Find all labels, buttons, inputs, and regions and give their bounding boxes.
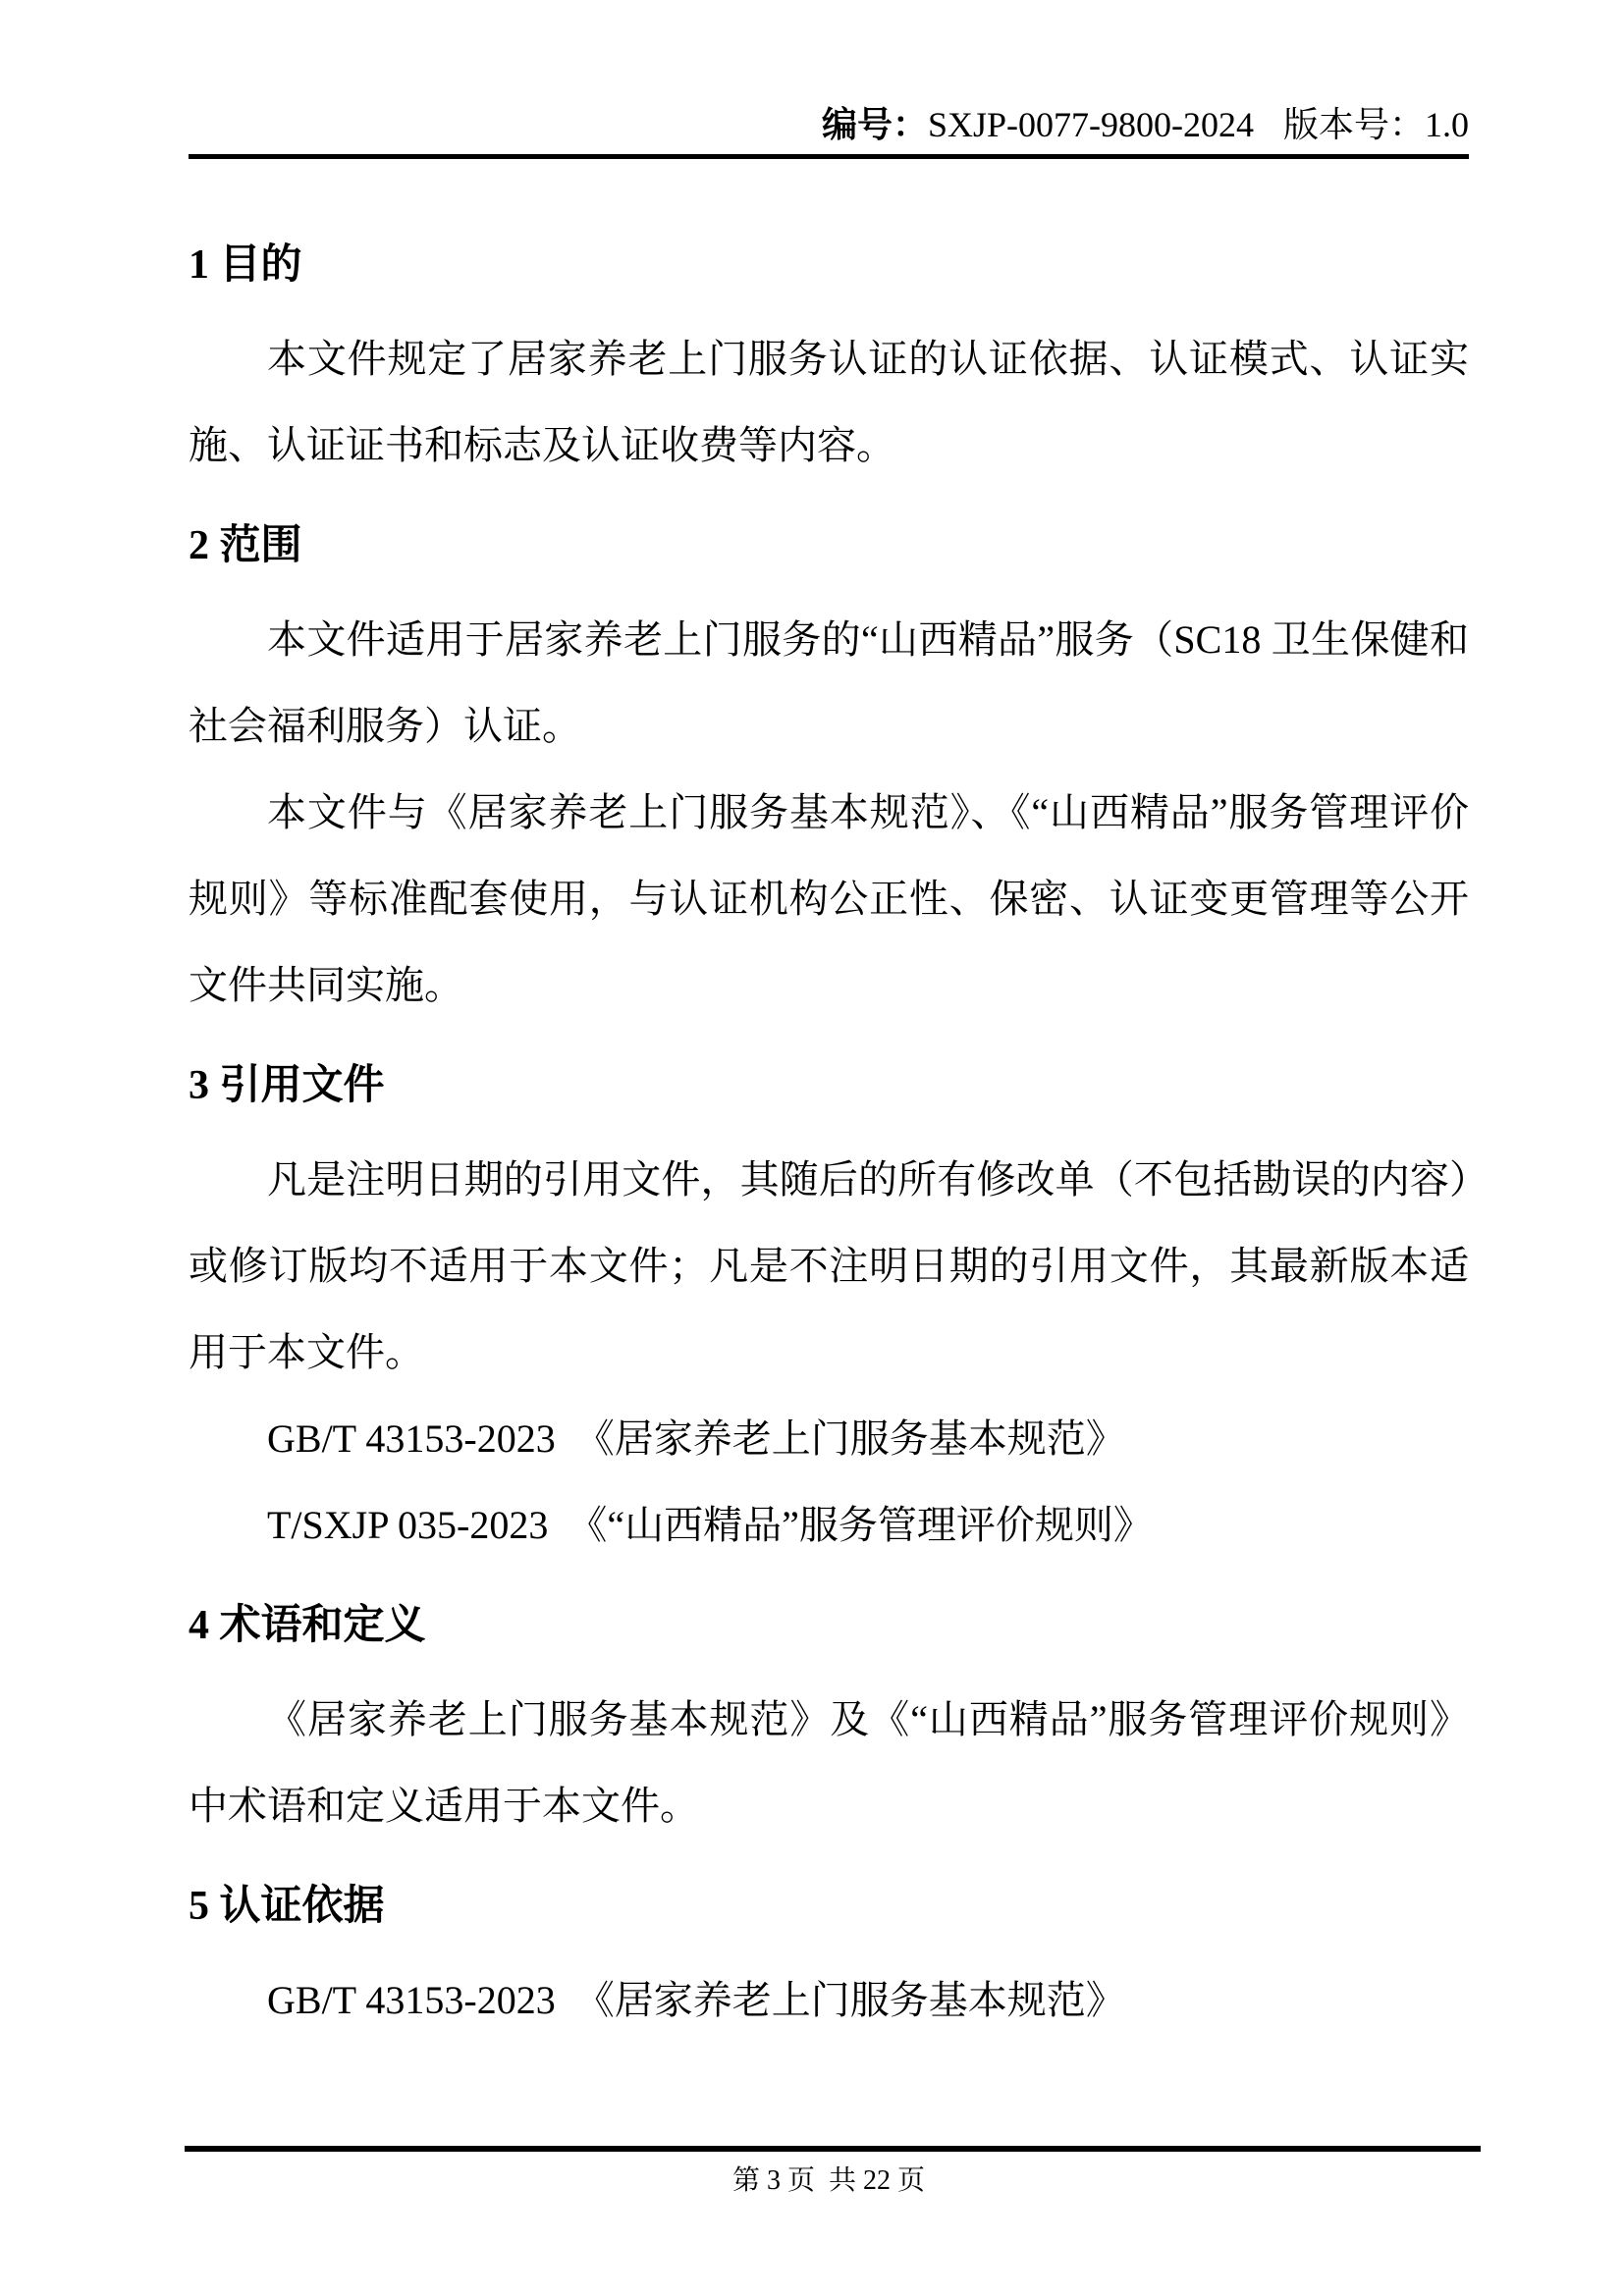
header-rule [189, 154, 1469, 159]
section-heading: 2 范围 [189, 518, 1469, 573]
section-heading: 3 引用文件 [189, 1058, 1469, 1113]
section-purpose: 1 目的 本文件规定了居家养老上门服务认证的认证依据、认证模式、认证实施、认证证… [189, 238, 1469, 489]
paragraph: T/SXJP 035-2023 《“山西精品”服务管理评价规则》 [189, 1482, 1469, 1569]
paragraph: 本文件适用于居家养老上门服务的“山西精品”服务（SC18 卫生保健和社会福利服务… [189, 597, 1469, 770]
paragraph: 本文件规定了居家养老上门服务认证的认证依据、认证模式、认证实施、认证证书和标志及… [189, 316, 1469, 489]
paragraph: 《居家养老上门服务基本规范》及《“山西精品”服务管理评价规则》中术语和定义适用于… [189, 1677, 1469, 1849]
section-certification-basis: 5 认证依据 GB/T 43153-2023 《居家养老上门服务基本规范》 [189, 1879, 1469, 2044]
document-page: 编号：SXJP-0077-9800-2024版本号：1.0 1 目的 本文件规定… [0, 0, 1624, 2296]
paragraph: GB/T 43153-2023 《居家养老上门服务基本规范》 [189, 1957, 1469, 2044]
paragraph: 凡是注明日期的引用文件，其随后的所有修改单（不包括勘误的内容）或修订版均不适用于… [189, 1137, 1469, 1396]
section-heading: 4 术语和定义 [189, 1598, 1469, 1653]
doc-number-label: 编号： [822, 105, 928, 144]
doc-number-value: SXJP-0077-9800-2024 [928, 105, 1254, 144]
section-referenced-documents: 3 引用文件 凡是注明日期的引用文件，其随后的所有修改单（不包括勘误的内容）或修… [189, 1058, 1469, 1569]
document-header: 编号：SXJP-0077-9800-2024版本号：1.0 [189, 102, 1469, 147]
section-scope: 2 范围 本文件适用于居家养老上门服务的“山西精品”服务（SC18 卫生保健和社… [189, 518, 1469, 1029]
paragraph: 本文件与《居家养老上门服务基本规范》、《“山西精品”服务管理评价规则》等标准配套… [189, 770, 1469, 1029]
footer-rule [185, 2146, 1481, 2152]
section-heading: 1 目的 [189, 238, 1469, 293]
version-value: 1.0 [1425, 105, 1469, 144]
version-label: 版本号： [1283, 105, 1425, 144]
section-terms-definitions: 4 术语和定义 《居家养老上门服务基本规范》及《“山西精品”服务管理评价规则》中… [189, 1598, 1469, 1849]
section-heading: 5 认证依据 [189, 1879, 1469, 1934]
document-body: 1 目的 本文件规定了居家养老上门服务认证的认证依据、认证模式、认证实施、认证证… [189, 208, 1469, 2044]
page-number: 第 3 页 共 22 页 [189, 2162, 1469, 2201]
paragraph: GB/T 43153-2023 《居家养老上门服务基本规范》 [189, 1396, 1469, 1482]
